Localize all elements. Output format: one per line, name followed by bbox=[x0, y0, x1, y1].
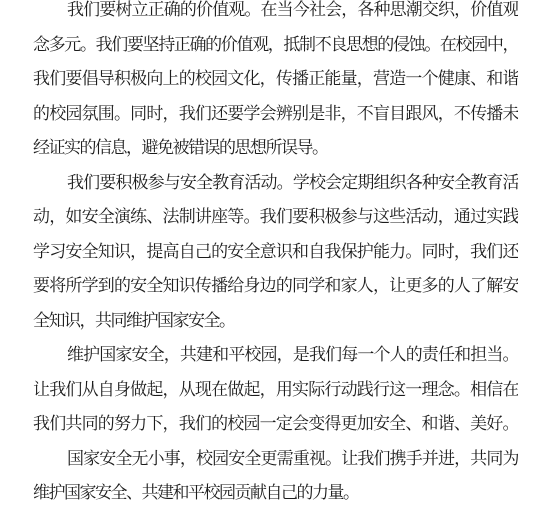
text-line: 我们要倡导积极向上的校园文化，传播正能量，营造一个健康、和谐 bbox=[33, 62, 518, 97]
text-line: 要将所学到的安全知识传播给身边的同学和家人，让更多的人了解安 bbox=[33, 269, 518, 304]
text-line: 经证实的信息，避免被错误的思想所误导。 bbox=[33, 131, 518, 166]
text-line: 念多元。我们要坚持正确的价值观，抵制不良思想的侵蚀。在校园中， bbox=[33, 28, 518, 63]
document-page: 我们要树立正确的价值观。在当今社会，各种思潮交织，价值观念多元。我们要坚持正确的… bbox=[0, 0, 551, 510]
paragraph: 国家安全无小事，校园安全更需重视。让我们携手并进，共同为维护国家安全、共建和平校… bbox=[33, 442, 518, 511]
paragraph: 我们要树立正确的价值观。在当今社会，各种思潮交织，价值观念多元。我们要坚持正确的… bbox=[33, 0, 518, 166]
document-body: 我们要树立正确的价值观。在当今社会，各种思潮交织，价值观念多元。我们要坚持正确的… bbox=[33, 0, 518, 511]
text-line: 让我们从自身做起，从现在做起，用实际行动践行这一理念。相信在 bbox=[33, 373, 518, 408]
text-line: 维护国家安全，共建和平校园，是我们每一个人的责任和担当。 bbox=[33, 338, 518, 373]
text-line: 我们共同的努力下，我们的校园一定会变得更加安全、和谐、美好。 bbox=[33, 407, 518, 442]
text-line: 动，如安全演练、法制讲座等。我们要积极参与这些活动，通过实践 bbox=[33, 200, 518, 235]
paragraph: 我们要积极参与安全教育活动。学校会定期组织各种安全教育活动，如安全演练、法制讲座… bbox=[33, 166, 518, 339]
text-line: 我们要积极参与安全教育活动。学校会定期组织各种安全教育活 bbox=[33, 166, 518, 201]
text-line: 维护国家安全、共建和平校园贡献自己的力量。 bbox=[33, 476, 518, 511]
text-line: 我们要树立正确的价值观。在当今社会，各种思潮交织，价值观 bbox=[33, 0, 518, 28]
text-line: 的校园氛围。同时，我们还要学会辨别是非，不盲目跟风，不传播未 bbox=[33, 97, 518, 132]
text-line: 学习安全知识，提高自己的安全意识和自我保护能力。同时，我们还 bbox=[33, 235, 518, 270]
text-line: 国家安全无小事，校园安全更需重视。让我们携手并进，共同为 bbox=[33, 442, 518, 477]
text-line: 全知识，共同维护国家安全。 bbox=[33, 304, 518, 339]
paragraph: 维护国家安全，共建和平校园，是我们每一个人的责任和担当。让我们从自身做起，从现在… bbox=[33, 338, 518, 442]
